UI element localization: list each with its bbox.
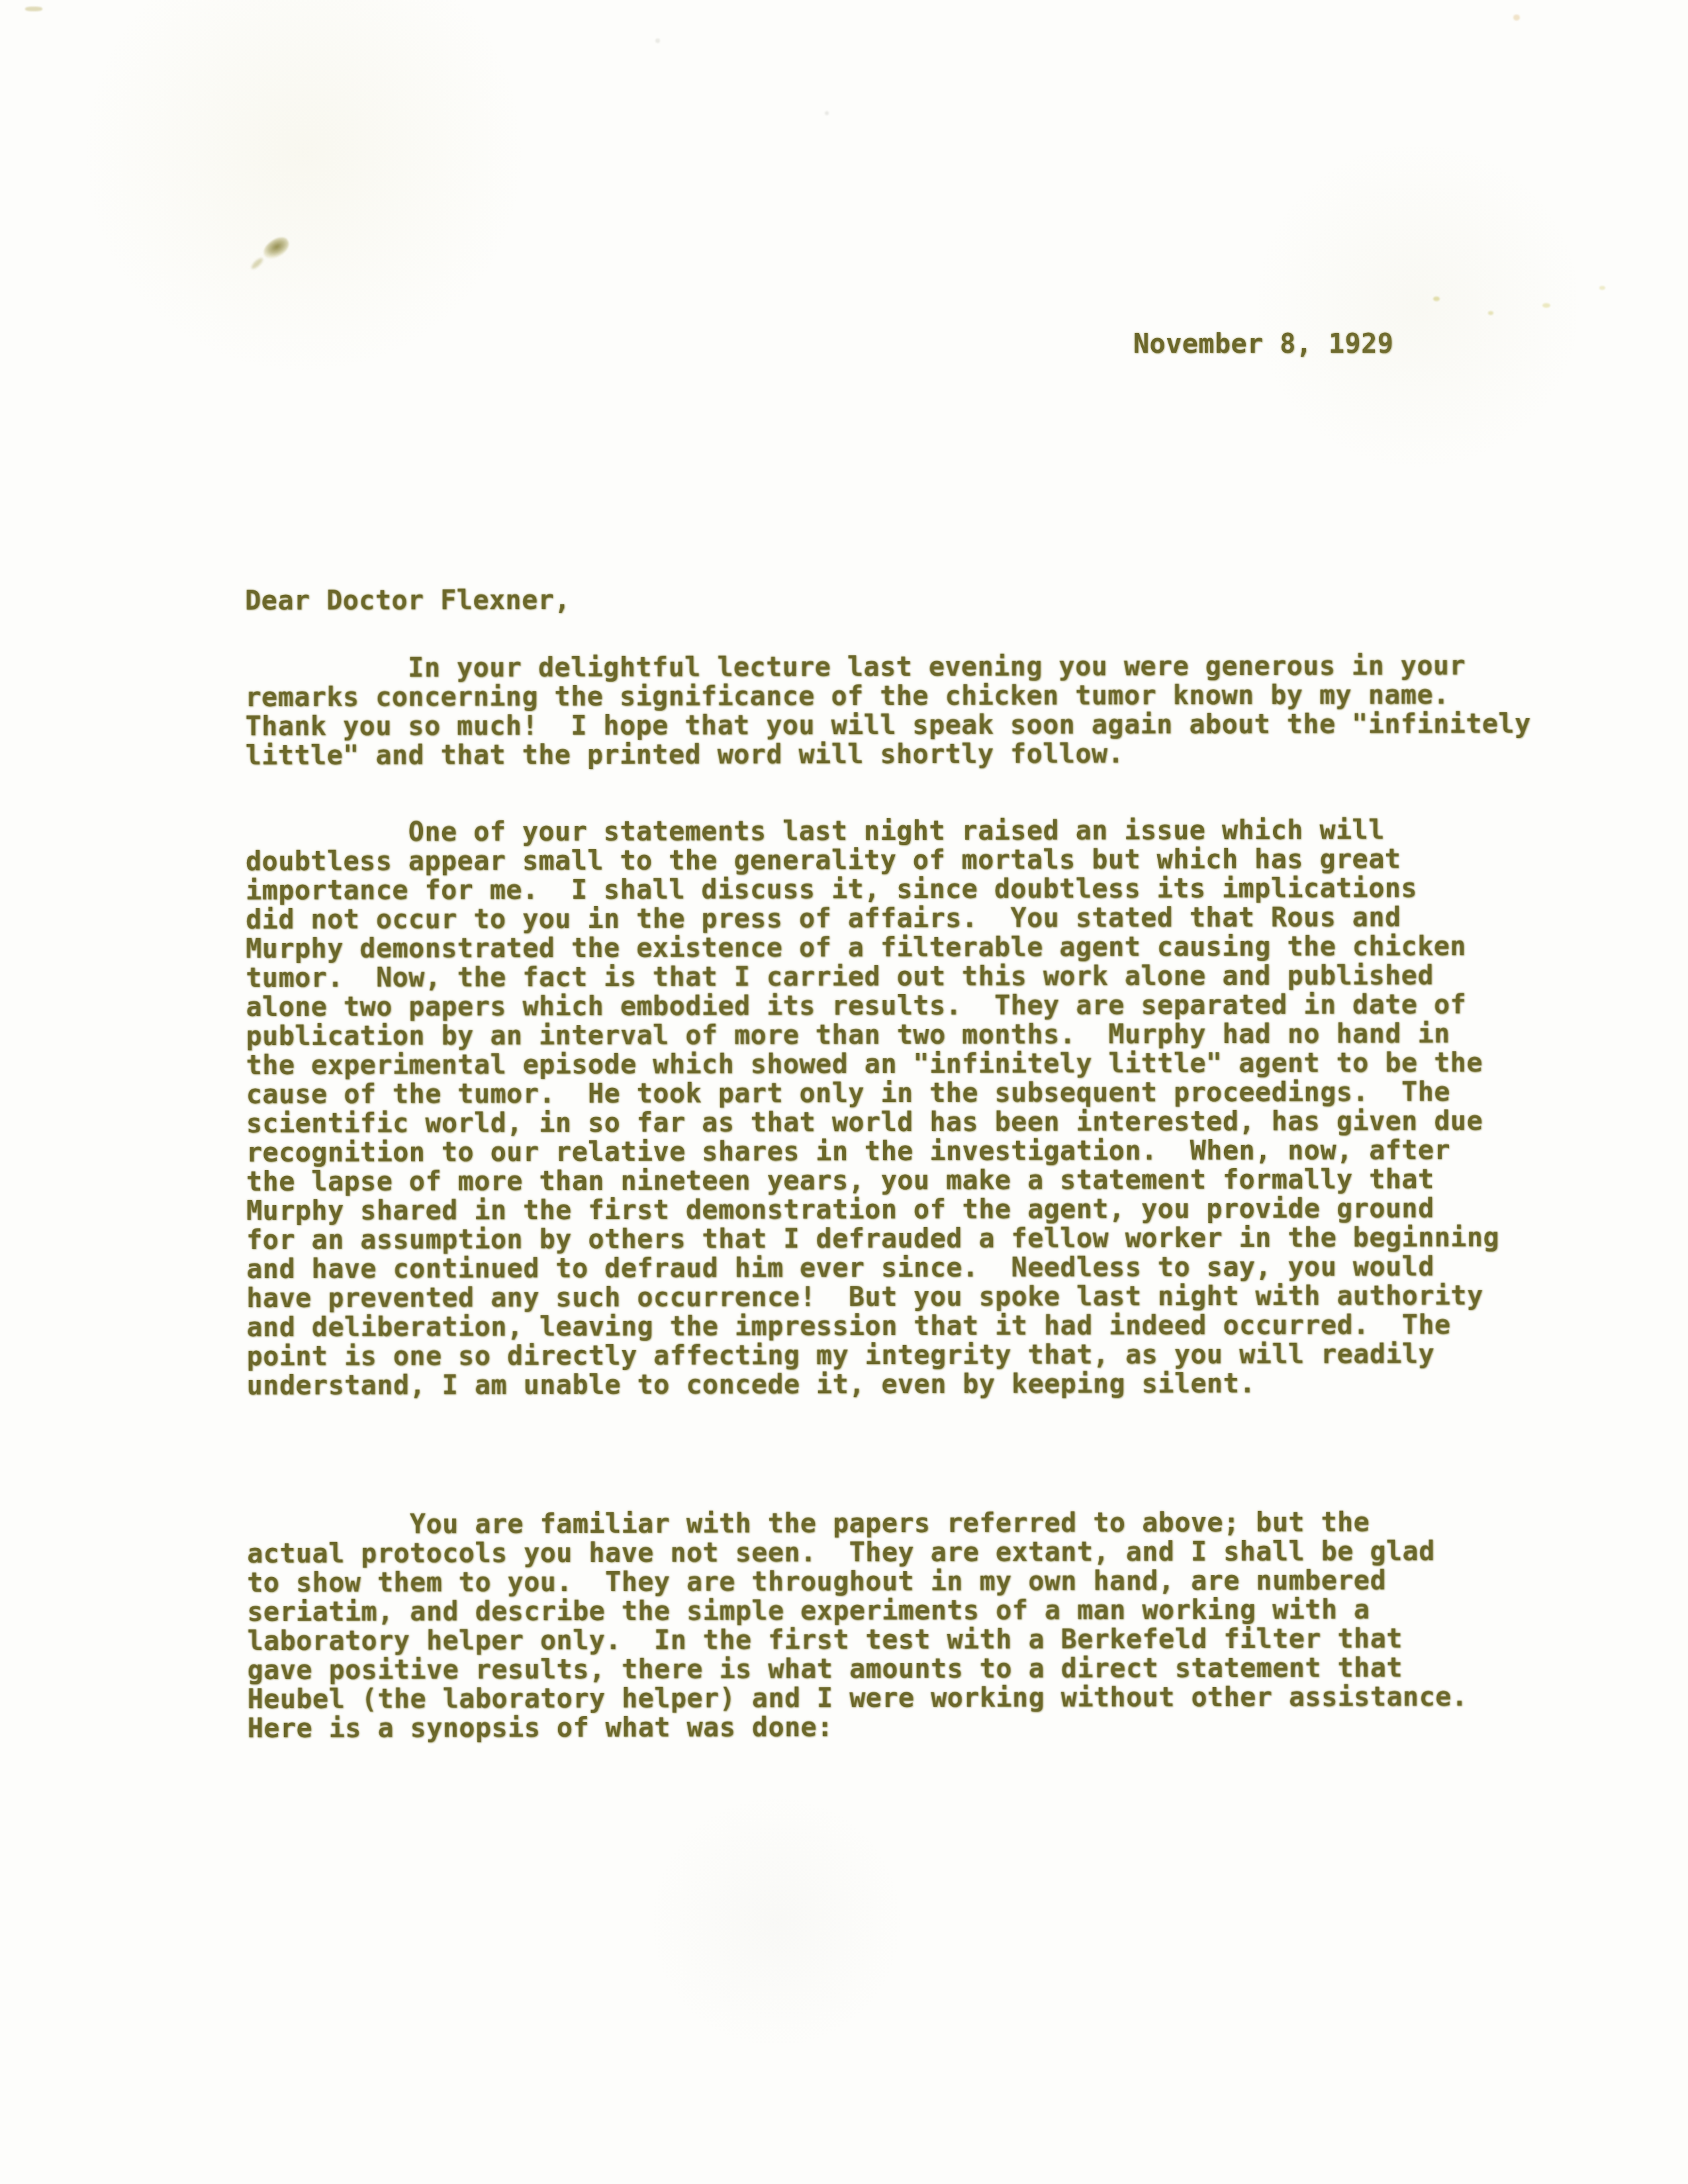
letter-line: scientific world, in so far as that worl…: [246, 1107, 1570, 1138]
letter-line: Murphy demonstrated the existence of a f…: [246, 932, 1570, 964]
letter-line: remarks concerning the significance of t…: [245, 680, 1569, 712]
paper-speck: [1488, 311, 1493, 315]
letter-line: Thank you so much! I hope that you will …: [246, 709, 1570, 741]
letter-line: Murphy shared in the first demonstration…: [246, 1194, 1570, 1226]
salutation: Dear Doctor Flexner,: [245, 584, 1569, 615]
letter-line: seriatim, and describe the simple experi…: [247, 1595, 1571, 1627]
letter-line: and deliberation, leaving the impression…: [246, 1310, 1570, 1342]
letter-line: You are familiar with the papers referre…: [247, 1508, 1571, 1539]
letter-paragraph-2: One of your statements last night raised…: [246, 815, 1571, 1400]
letter-line: have prevented any such occurrence! But …: [246, 1281, 1570, 1313]
date-line: November 8, 1929: [1133, 330, 1393, 359]
letter-line: for an assumption by others that I defra…: [246, 1223, 1570, 1255]
paper-speck: [1599, 286, 1605, 290]
paper-speck: [1513, 15, 1520, 21]
letter-line: Here is a synopsis of what was done:: [248, 1711, 1571, 1743]
letter-line: In your delightful lecture last evening …: [245, 651, 1569, 683]
letter-line: point is one so directly affecting my in…: [247, 1340, 1571, 1371]
paper-speck: [1433, 296, 1440, 301]
paper-speck: [825, 111, 829, 115]
letter-line: actual protocols you have not seen. They…: [247, 1537, 1571, 1569]
letter-line: doubtless appear small to the generality…: [246, 844, 1570, 876]
letter-line: One of your statements last night raised…: [246, 815, 1570, 847]
letter-line: the lapse of more than nineteen years, y…: [246, 1165, 1570, 1197]
letter-line: tumor. Now, the fact is that I carried o…: [246, 961, 1570, 993]
letter-paragraph-1: In your delightful lecture last evening …: [245, 651, 1569, 770]
letter-line: and have continued to defraud him ever s…: [246, 1252, 1570, 1284]
letter-line: gave positive results, there is what amo…: [248, 1653, 1571, 1685]
ink-smudge: [259, 234, 292, 263]
letter-line: alone two papers which embodied its resu…: [246, 990, 1570, 1022]
letter-page: November 8, 1929 Dear Doctor Flexner, In…: [0, 0, 1688, 2184]
letter-paragraph-3: You are familiar with the papers referre…: [247, 1508, 1571, 1743]
letter-line: importance for me. I shall discuss it, s…: [246, 874, 1570, 905]
paper-speck: [655, 38, 660, 43]
letter-line: recognition to our relative shares in th…: [246, 1136, 1570, 1167]
letter-line: cause of the tumor. He took part only in…: [246, 1077, 1570, 1109]
paper-speck: [25, 7, 42, 11]
letter-line: laboratory helper only. In the first tes…: [247, 1624, 1571, 1656]
letter-line: the experimental episode which showed an…: [246, 1048, 1570, 1080]
letter-line: to show them to you. They are throughout…: [247, 1566, 1571, 1598]
letter-line: Heubel (the laboratory helper) and I wer…: [248, 1682, 1571, 1714]
letter-line: little" and that the printed word will s…: [246, 739, 1570, 770]
letter-line: publication by an interval of more than …: [246, 1019, 1570, 1051]
paper-speck: [1542, 303, 1550, 308]
letter-line: did not occur to you in the press of aff…: [246, 903, 1570, 934]
letter-body: Dear Doctor Flexner, In your delightful …: [245, 584, 1571, 1743]
letter-line: understand, I am unable to concede it, e…: [247, 1369, 1571, 1400]
